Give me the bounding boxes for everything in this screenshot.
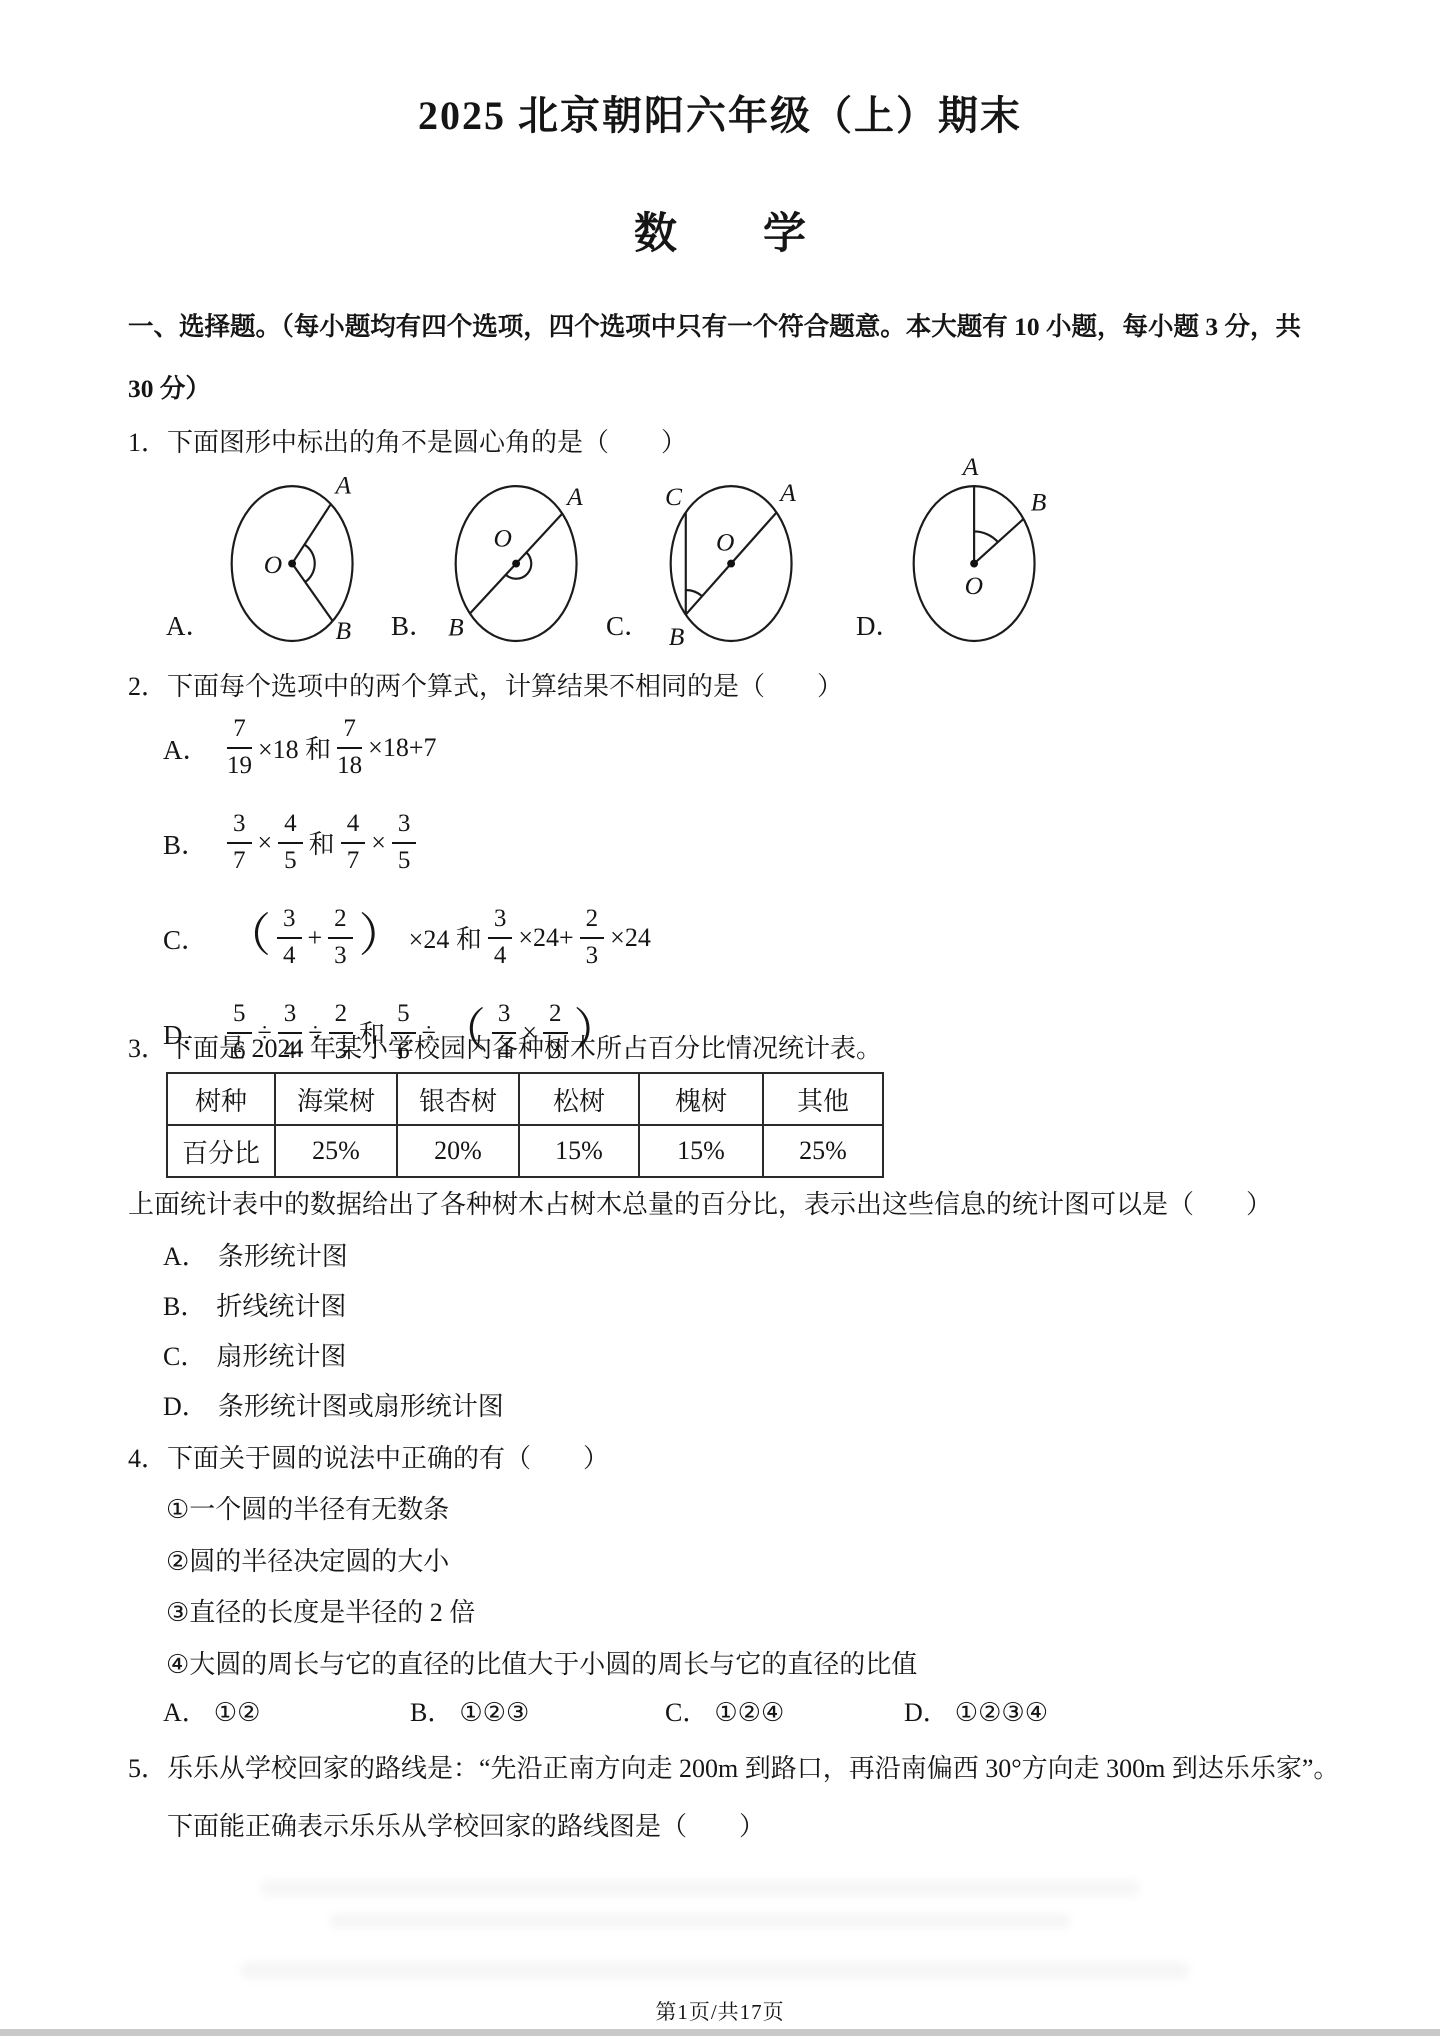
center-label-o: O (716, 527, 734, 556)
table-data-row: 百分比25%20%15%15%25% (167, 1125, 883, 1177)
denominator: 4 (283, 939, 296, 969)
subject-title: 数 学 (0, 200, 1440, 261)
q1-diagram-c: C A O B (648, 452, 818, 660)
math-text: 和 (309, 824, 335, 861)
fraction: 23 (580, 906, 605, 969)
option-text: ①②④ (714, 1698, 784, 1727)
table-cell: 25% (763, 1125, 883, 1177)
numerator: 4 (278, 811, 303, 843)
question-3-followup: 上面统计表中的数据给出了各种树木占树木总量的百分比，表示出这些信息的统计图可以是… (128, 1184, 1272, 1221)
denominator: 7 (347, 844, 360, 874)
option-text: 条形统计图或扇形统计图 (218, 1392, 504, 1421)
table-cell: 槐树 (639, 1073, 763, 1125)
q2-option-c: C．（34+23）×24 和34×24+23×24 (163, 890, 653, 985)
vertex-label-b: B (448, 612, 464, 641)
q4-option-b: B．①②③ (410, 1692, 665, 1729)
scan-smudge (260, 1880, 1140, 1896)
paren: （ (225, 913, 271, 959)
table-cell: 15% (639, 1125, 763, 1177)
question-5-line2: 下面能正确表示乐乐从学校回家的路线图是（ ） (167, 1806, 765, 1843)
denominator: 3 (334, 939, 347, 969)
option-text: 条形统计图 (218, 1242, 348, 1271)
q4-statement-3: ③直径的长度是半径的 2 倍 (166, 1587, 917, 1639)
numerator: 2 (328, 906, 353, 938)
fraction: 37 (227, 811, 252, 874)
q1-option-label-c: C． (606, 604, 651, 643)
q4-statement-2: ②圆的半径决定圆的大小 (166, 1536, 917, 1588)
q1-diagram-d: A B O (891, 452, 1061, 660)
q1-option-label-d: D． (856, 604, 903, 643)
table-cell: 海棠树 (275, 1073, 397, 1125)
denominator: 4 (494, 939, 507, 969)
q2-option-b: B．37×45和47×35 (163, 795, 653, 890)
denominator: 3 (586, 939, 599, 969)
q1-diagram-b: A O B (433, 452, 603, 660)
option-label: A． (163, 728, 211, 767)
numerator: 2 (580, 906, 605, 938)
math-text: × (258, 828, 273, 858)
vertex-label-a: A (961, 452, 979, 481)
denominator: 7 (233, 844, 246, 874)
q4-options: A．①②B．①②③C．①②④D．①②③④ (163, 1692, 1048, 1729)
option-text: ①② (214, 1698, 261, 1727)
math-text: ×24 和 (409, 919, 482, 956)
table-cell: 20% (397, 1125, 519, 1177)
table-cell: 百分比 (167, 1125, 275, 1177)
footer-page-number: 第1页/共17页 (0, 1996, 1440, 2026)
scan-smudge (240, 1962, 1190, 1979)
q4-statement-4: ④大圆的周长与它的直径的比值大于小圆的周长与它的直径的比值 (166, 1639, 917, 1691)
option-text: ①②③④ (955, 1698, 1048, 1727)
scan-smudge (330, 1914, 1070, 1928)
option-label: D． (904, 1698, 949, 1727)
center-label-o: O (965, 571, 983, 600)
center-label-o: O (264, 550, 282, 579)
numerator: 4 (341, 811, 366, 843)
q3-option-a: A．条形统计图 (163, 1232, 504, 1282)
question-3-text: 3．下面是 2024 年某小学校园内各种树木所占百分比情况统计表。 (128, 1028, 882, 1065)
option-text: 折线统计图 (216, 1292, 346, 1321)
q4-option-a: A．①② (163, 1692, 410, 1729)
numerator: 3 (227, 811, 252, 843)
table-cell: 银杏树 (397, 1073, 519, 1125)
denominator: 19 (227, 749, 252, 779)
fraction: 45 (278, 811, 303, 874)
option-text: ①②③ (459, 1698, 529, 1727)
table-cell: 其他 (763, 1073, 883, 1125)
q1-option-label-a: A． (166, 604, 213, 643)
table-cell: 松树 (519, 1073, 639, 1125)
section-heading-line2: 30 分） (128, 358, 1301, 420)
vertex-label-b: B (1031, 488, 1047, 517)
numerator: 3 (488, 906, 513, 938)
page-title: 2025 北京朝阳六年级（上）期末 (0, 84, 1440, 141)
option-label: B． (163, 1292, 206, 1321)
table-cell: 树种 (167, 1073, 275, 1125)
fraction: 719 (227, 716, 252, 779)
question-5-line1: 5．乐乐从学校回家的路线是：“先沿正南方向走 200m 到路口，再沿南偏西 30… (128, 1748, 1339, 1785)
table-cell: 15% (519, 1125, 639, 1177)
section-heading: 一、选择题。（每小题均有四个选项，四个选项中只有一个符合题意。本大题有 10 小… (128, 296, 1301, 420)
math-text: ×24 (610, 923, 651, 953)
vertex-label-a: A (565, 482, 583, 511)
option-text: 扇形统计图 (216, 1342, 346, 1371)
option-label: A． (163, 1698, 208, 1727)
option-label: C． (163, 918, 211, 957)
math-text: + (308, 923, 323, 953)
q1-diagram-a: A O B (209, 452, 379, 660)
option-label: B． (163, 823, 211, 862)
numerator: 3 (277, 906, 302, 938)
table-cell: 25% (275, 1125, 397, 1177)
q2-option-a: A．719×18 和718×18+7 (163, 700, 653, 795)
q4-option-c: C．①②④ (665, 1692, 904, 1729)
denominator: 5 (284, 844, 297, 874)
fraction: 34 (277, 906, 302, 969)
math-text: × (371, 828, 386, 858)
section-heading-line1: 一、选择题。（每小题均有四个选项，四个选项中只有一个符合题意。本大题有 10 小… (128, 296, 1301, 358)
option-label: C． (163, 1342, 206, 1371)
q3-options: A．条形统计图B．折线统计图C．扇形统计图D．条形统计图或扇形统计图 (163, 1232, 504, 1432)
option-label: B． (410, 1698, 453, 1727)
fraction: 718 (337, 716, 362, 779)
math-text: ×24+ (518, 923, 573, 953)
vertex-label-a: A (778, 478, 796, 507)
table-header-row: 树种海棠树银杏树松树槐树其他 (167, 1073, 883, 1125)
q3-option-b: B．折线统计图 (163, 1282, 504, 1332)
math-text: ×18 和 (258, 729, 331, 766)
question-2-text: 2．下面每个选项中的两个算式，计算结果不相同的是（ ） (128, 666, 843, 703)
center-label-o: O (493, 524, 511, 553)
tree-percentage-table: 树种海棠树银杏树松树槐树其他百分比25%20%15%15%25% (166, 1072, 884, 1178)
vertex-label-c: C (665, 482, 683, 511)
scan-edge-bar (0, 2029, 1440, 2036)
numerator: 7 (227, 716, 252, 748)
option-label: D． (163, 1392, 208, 1421)
paren: ） (359, 913, 405, 959)
numerator: 3 (392, 811, 417, 843)
q4-statements: ①一个圆的半径有无数条②圆的半径决定圆的大小③直径的长度是半径的 2 倍④大圆的… (166, 1484, 917, 1690)
fraction: 35 (392, 811, 417, 874)
q1-option-label-b: B． (391, 604, 436, 643)
q1-diagrams-row: A O B A O B C A O B A B O A． B． C． D． (128, 452, 1318, 667)
vertex-label-b: B (669, 622, 685, 651)
denominator: 5 (398, 844, 411, 874)
numerator: 7 (337, 716, 362, 748)
vertex-label-b: B (336, 616, 352, 645)
fraction: 34 (488, 906, 513, 969)
q3-option-c: C．扇形统计图 (163, 1332, 504, 1382)
fraction: 47 (341, 811, 366, 874)
option-label: A． (163, 1242, 208, 1271)
q2-options: A．719×18 和718×18+7B．37×45和47×35C．（34+23）… (163, 700, 653, 1080)
q3-option-d: D．条形统计图或扇形统计图 (163, 1382, 504, 1432)
option-label: C． (665, 1698, 708, 1727)
fraction: 23 (328, 906, 353, 969)
q4-statement-1: ①一个圆的半径有无数条 (166, 1484, 917, 1536)
vertex-label-a: A (334, 471, 352, 500)
denominator: 18 (337, 749, 362, 779)
q4-option-d: D．①②③④ (904, 1692, 1048, 1729)
math-text: ×18+7 (368, 733, 436, 763)
question-4-text: 4．下面关于圆的说法中正确的有（ ） (128, 1438, 609, 1475)
